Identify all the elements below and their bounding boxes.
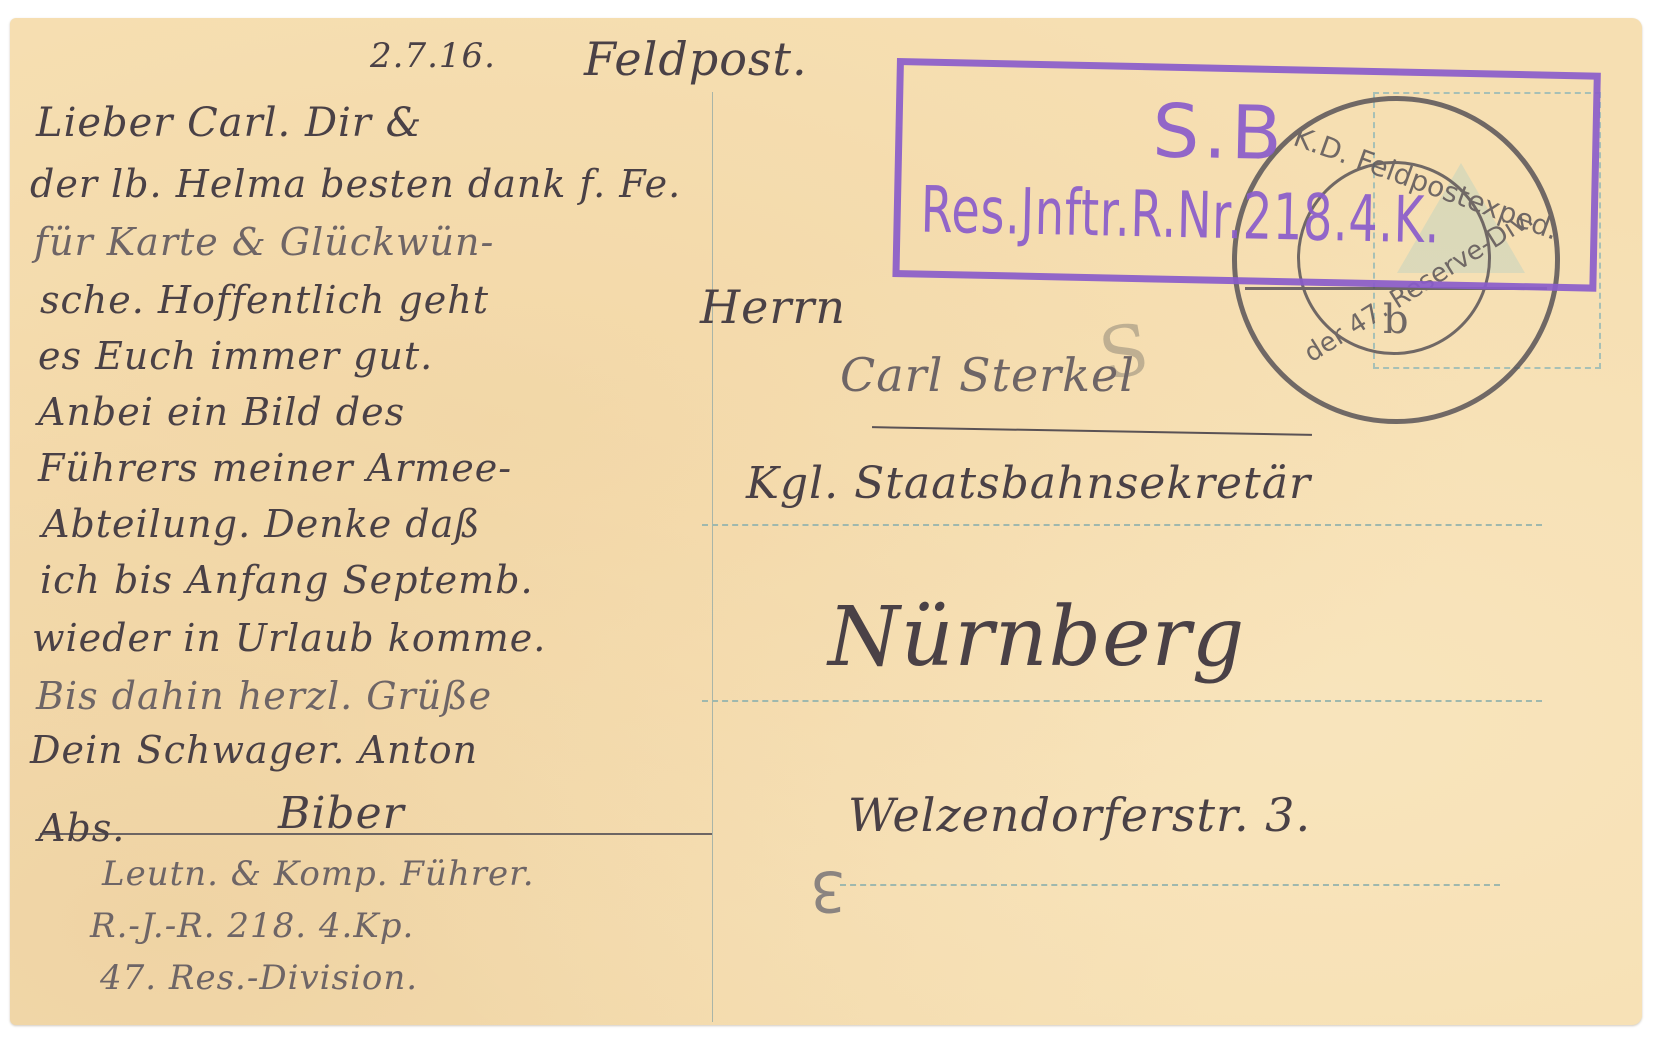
address-line-1	[702, 524, 1542, 526]
sender-division: 47. Res.-Division.	[100, 958, 418, 998]
vertical-divider	[712, 92, 713, 1022]
message-line: ich bis Anfang Septemb.	[40, 558, 534, 602]
recipient-street: Welzendorferstr. 3.	[848, 788, 1311, 842]
message-line: Dein Schwager. Anton	[30, 728, 478, 772]
recipient-name-underline	[872, 426, 1312, 436]
message-line: der lb. Helma besten dank f. Fe.	[30, 162, 681, 206]
pencil-note: 3	[810, 858, 846, 923]
sender-name: Biber	[278, 788, 405, 839]
date: 2.7.16.	[370, 36, 496, 76]
message-line: Lieber Carl. Dir &	[36, 100, 422, 146]
message-line: wieder in Urlaub komme.	[32, 616, 546, 660]
sender-label: Abs.	[38, 806, 125, 850]
recipient-city: Nürnberg	[828, 590, 1245, 685]
message-line: Bis dahin herzl. Grüße	[36, 674, 492, 718]
message-line: Führers meiner Armee-	[38, 446, 512, 490]
message-line: Abteilung. Denke daß	[42, 502, 481, 546]
recipient-title: Kgl. Staatsbahnsekretär	[746, 458, 1311, 509]
message-line: es Euch immer gut.	[38, 334, 433, 378]
sender-unit: R.-J.-R. 218. 4.Kp.	[90, 906, 414, 946]
recipient-salutation: Herrn	[700, 280, 846, 334]
address-line-2	[702, 700, 1542, 702]
postcard: 2.7.16. Feldpost. Lieber Carl. Dir & der…	[10, 18, 1642, 1025]
message-line: Anbei ein Bild des	[38, 390, 405, 434]
message-line: sche. Hoffentlich geht	[40, 278, 489, 322]
address-line-3	[840, 884, 1500, 886]
message-line: für Karte & Glückwün-	[34, 220, 494, 264]
unit-stamp-line1: S.B	[1152, 88, 1287, 177]
unit-stamp: S.B Res.Jnftr.R.Nr.218.4.K.	[892, 58, 1600, 292]
unit-stamp-line2: Res.Jnftr.R.Nr.218.4.K.	[920, 174, 1441, 259]
sender-rank: Leutn. & Komp. Führer.	[102, 854, 535, 894]
recipient-name: Carl Sterkel	[840, 348, 1135, 402]
feldpost-label: Feldpost.	[584, 32, 808, 86]
